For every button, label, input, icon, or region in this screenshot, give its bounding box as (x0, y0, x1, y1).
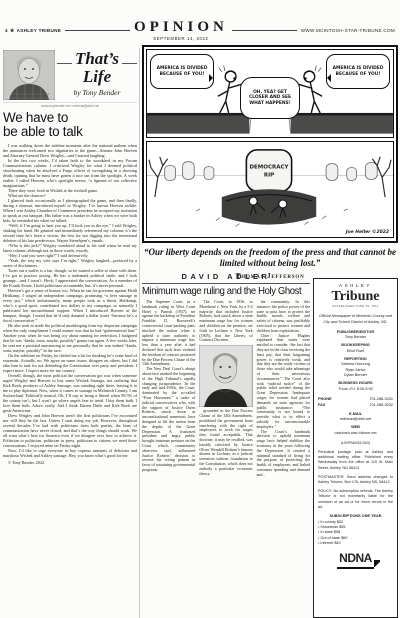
byline-rule (142, 283, 310, 284)
column-title-block: That’s Life by Tony Bender (57, 50, 137, 100)
thats-life-body: I was walking down the sideline moments … (3, 143, 137, 458)
newspaper-name: ASHLEY TRIBUNE (17, 28, 61, 33)
reporter-name: Dylan Bender (318, 373, 393, 378)
phone-fax-block: PHONE 701-288-3031 FAX 701-288-3032 (318, 397, 393, 409)
editorial-cartoon: AMERICA IS DIVIDED BECAUSE OF YOU! OH, Y… (142, 45, 398, 243)
adler-article: DAVID ADLER Minimum wage ruling and the … (142, 272, 310, 618)
star-icon: ★ (10, 28, 15, 34)
phone-label: PHONE (318, 397, 332, 402)
adler-byline: DAVID ADLER (142, 272, 310, 281)
columnist-contact-line: www.tonybender.net • redhead@drtel.net (3, 102, 137, 108)
speech-bubble-left: AMERICA IS DIVIDED BECAUSE OF YOU! (150, 54, 214, 89)
bookkeeper-name: Elliot Ruef (318, 349, 393, 354)
body-paragraph: Now, I’d like to urge everyone to buy co… (3, 448, 137, 458)
fax-label: FAX (318, 403, 325, 408)
phone-number: 701-288-3031 (369, 397, 393, 402)
body-paragraph: Turns out a staffer is a fan, though, so… (3, 268, 137, 288)
column-byline: by Tony Bender (57, 88, 137, 97)
body-paragraph: I was walking down the sideline moments … (3, 143, 137, 158)
david-adler-photo (199, 345, 252, 407)
article-column-2-bottom: grounded in the Due Process Clause of th… (199, 409, 252, 476)
tombstone-text-line1: DEMOCRACY (249, 165, 289, 171)
business-hours: Thurs.-Fri. 8:30-5:00 (318, 387, 393, 392)
quote-text: “Our liberty depends on the freedom of t… (142, 247, 398, 270)
header-rule-right (232, 30, 297, 31)
body-paragraph: Drew Wrigley and John Hoeven aren’t the … (3, 413, 137, 448)
article-paragraph: Chief Justice Hughes explained that stat… (257, 334, 310, 430)
article-column-1: The Supreme Court, in a landmark ruling … (142, 300, 195, 477)
fax-row: FAX 701-288-3032 (318, 403, 393, 408)
adler-headline: Minimum wage ruling and the Holy Ghost (142, 286, 302, 297)
article-column-2: The Court, in 1936, in Morehead v. New Y… (199, 300, 252, 477)
article-column-2-top: The Court, in 1936, in Morehead v. New Y… (199, 300, 252, 343)
article-column-3: the community. In this instance, the pol… (257, 300, 310, 477)
cartoon-panel-bottom: DEMOCRACY RIP Joe Heller ©2022 (146, 141, 394, 238)
column-title-line1: That’s (72, 51, 122, 67)
body-paragraph: I glanced back occasionally as I photogr… (3, 198, 137, 223)
email-address: redhead@drtel.net (318, 417, 393, 422)
body-paragraph: He also took in stride the political mud… (3, 323, 137, 353)
column-title-line2: Life (80, 69, 114, 85)
reporter-names: Sabrina HornungRyan JankeDylan Bender (318, 362, 393, 378)
body-paragraph: “Yeah, the way my wife says I’m right,” … (3, 258, 137, 268)
article-columns: The Supreme Court, in a landmark ruling … (142, 300, 310, 477)
column-divider-rule (139, 48, 140, 618)
tony-bender-photo (3, 50, 55, 100)
website-url: WWW.MCINTOSH-STAR-TRIBUNE.COM (301, 28, 395, 33)
speech-bubble-right: AMERICA IS DIVIDED BECAUSE OF YOU! (326, 54, 390, 89)
article-paragraph: The Court, in 1936, in Morehead v. New Y… (199, 300, 252, 343)
publisher-name: Tony Bender (318, 335, 393, 340)
postmaster-note: POSTMASTER: Send address changes to Ashl… (318, 475, 393, 485)
article-paragraph: The Supreme Court, in a landmark ruling … (142, 300, 195, 367)
article-paragraph: the community. In this instance, the pol… (257, 300, 310, 334)
cemetery-drawing: DEMOCRACY RIP (147, 142, 393, 234)
masthead-box: ASHLEY Tribune ESTABLISHED JUNE 29, 1911… (313, 278, 398, 618)
body-paragraph: “Who is this jerk?” Wrigley wondered alo… (3, 243, 137, 253)
copyright-line: © Tony Bender, 2022 (3, 460, 137, 465)
header-rule-left (65, 30, 130, 31)
ndna-logo: NDNA (337, 550, 374, 569)
tombstone-text-line2: RIP (264, 172, 274, 178)
masthead-established: ESTABLISHED JUNE 29, 1911 (318, 305, 393, 309)
article-paragraph: The New Deal Court’s abrupt about-face m… (142, 367, 195, 473)
speech-bubble-center: OH, YEA? GET CLOSER AND SEE WHAT HAPPENS… (240, 77, 300, 119)
page-header: 4 ★ ASHLEY TRIBUNE OPINION SEPTEMBER 14,… (0, 20, 400, 41)
columnist-header: That’s Life by Tony Bender (3, 50, 137, 100)
web-address: mcintosh-star-tribune.net (318, 431, 393, 436)
page-number-masthead: 4 ★ ASHLEY TRIBUNE (5, 28, 61, 34)
article-paragraph: The Court’s landmark decision to uphold … (257, 430, 310, 478)
postage-note: Periodical postage paid at Ashley and ad… (318, 450, 393, 471)
article-paragraph: grounded in the Due Process Clause of th… (199, 409, 252, 476)
newspaper-page: 4 ★ ASHLEY TRIBUNE OPINION SEPTEMBER 14,… (0, 0, 400, 618)
body-paragraph: In the last two weeks, I’d taken both to… (3, 158, 137, 188)
issue-date: SEPTEMBER 14, 2022 (134, 36, 228, 41)
fax-number: 701-288-3032 (369, 403, 393, 408)
subscriptions-heading: SUBSCRIPTIONS ONE YEAR (318, 514, 393, 519)
section-title-block: OPINION SEPTEMBER 14, 2022 (134, 20, 228, 41)
phone-row: PHONE 701-288-3031 (318, 397, 393, 402)
body-paragraph: “Well, if I’m going to beat you up, I’ll… (3, 223, 137, 243)
official-newspaper-note: Official Newspaper of McIntosh County an… (318, 314, 393, 325)
subscription-rates: • In county $52• Snowbirds $55• In state… (318, 520, 393, 547)
masthead-name: Tribune (318, 290, 393, 304)
cartoon-panel-top: AMERICA IS DIVIDED BECAUSE OF YOU! OH, Y… (146, 49, 394, 138)
subscription-rate: • Internet $40 (318, 541, 393, 546)
headline-line2: be able to talk (3, 125, 137, 139)
cartoonist-signature: Joe Heller ©2022 (346, 230, 389, 235)
body-paragraph: On the sidelines on Friday, he chided me… (3, 353, 137, 373)
section-title: OPINION (134, 20, 228, 35)
page-number: 4 (5, 28, 8, 33)
headline-line1: We have to (3, 111, 137, 125)
thats-life-column: That’s Life by Tony Bender www.tonybende… (3, 50, 137, 465)
body-paragraph: Overall, though, the most political the … (3, 373, 137, 413)
policy-note: POLICY: No subscription refunds. The Ash… (318, 489, 393, 510)
usps-number: (USPS#033-940) (318, 441, 393, 446)
thats-life-headline: We have to be able to talk (3, 111, 137, 139)
body-paragraph: Hoeven’s got a sense of humor, too. When… (3, 288, 137, 323)
